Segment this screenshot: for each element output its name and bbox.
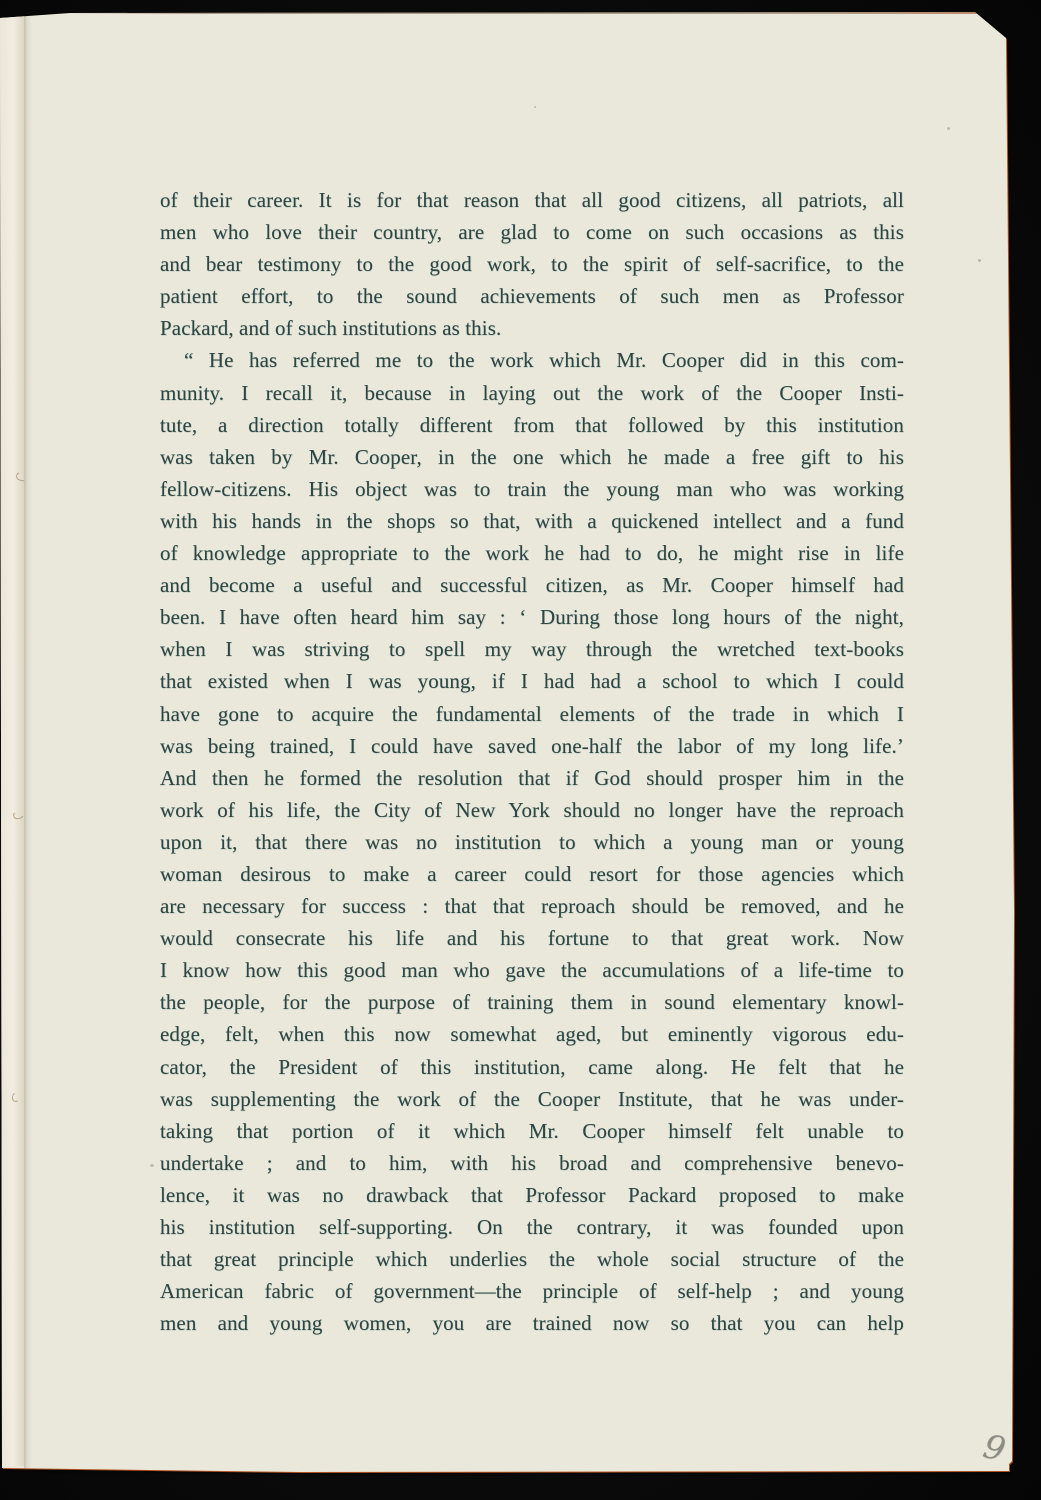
text-line: fellow-citizens. His object was to train… bbox=[160, 473, 904, 505]
paper-speck bbox=[150, 1164, 154, 1167]
text-line: was supplementing the work of the Cooper… bbox=[160, 1083, 904, 1115]
text-line: munity. I recall it, because in laying o… bbox=[160, 377, 904, 409]
text-line: and become a useful and successful citiz… bbox=[160, 569, 904, 601]
text-line: lence, it was no drawback that Professor… bbox=[160, 1179, 904, 1211]
text-line: American fabric of government—the princi… bbox=[160, 1275, 904, 1307]
paper-speck bbox=[978, 259, 981, 262]
text-line: would consecrate his life and his fortun… bbox=[160, 922, 904, 954]
page-edge-stain: of their career. It is for that reason t… bbox=[0, 0, 1041, 1500]
page-fold-edge bbox=[0, 12, 24, 1466]
text-line: was being trained, I could have saved on… bbox=[160, 730, 904, 762]
binding-crease bbox=[24, 12, 32, 1472]
text-line: of their career. It is for that reason t… bbox=[160, 184, 904, 216]
text-line: Packard, and of such institutions as thi… bbox=[160, 312, 904, 344]
text-line: was taken by Mr. Cooper, in the one whic… bbox=[160, 441, 904, 473]
text-line: are necessary for success : that that re… bbox=[160, 890, 904, 922]
paragraph: of their career. It is for that reason t… bbox=[160, 184, 904, 344]
text-line: and bear testimony to the good work, to … bbox=[160, 248, 904, 280]
text-line: with his hands in the shops so that, wit… bbox=[160, 505, 904, 537]
scan-background: of their career. It is for that reason t… bbox=[0, 0, 1041, 1500]
text-line: men and young women, you are trained now… bbox=[160, 1307, 904, 1339]
text-line: upon it, that there was no institution t… bbox=[160, 826, 904, 858]
paper-speck bbox=[947, 127, 950, 130]
text-line: patient effort, to the sound achievement… bbox=[160, 280, 904, 312]
text-line: that great principle which underlies the… bbox=[160, 1243, 904, 1275]
text-line: undertake ; and to him, with his broad a… bbox=[160, 1147, 904, 1179]
text-line: cator, the President of this institution… bbox=[160, 1051, 904, 1083]
page-top-edge bbox=[58, 12, 996, 14]
text-line: edge, felt, when this now somewhat aged,… bbox=[160, 1018, 904, 1050]
text-line: when I was striving to spell my way thro… bbox=[160, 633, 904, 665]
text-line: men who love their country, are glad to … bbox=[160, 216, 904, 248]
text-line: that existed when I was young, if I had … bbox=[160, 665, 904, 697]
text-line: been. I have often heard him say : ‘ Dur… bbox=[160, 601, 904, 633]
text-line: have gone to acquire the fundamental ele… bbox=[160, 698, 904, 730]
handwritten-page-number: 9 bbox=[980, 1426, 1010, 1469]
text-line: the people, for the purpose of training … bbox=[160, 986, 904, 1018]
text-line: work of his life, the City of New York s… bbox=[160, 794, 904, 826]
text-line: taking that portion of it which Mr. Coop… bbox=[160, 1115, 904, 1147]
text-line: woman desirous to make a career could re… bbox=[160, 858, 904, 890]
text-line: I know how this good man who gave the ac… bbox=[160, 954, 904, 986]
text-line: And then he formed the resolution that i… bbox=[160, 762, 904, 794]
book-page: of their career. It is for that reason t… bbox=[0, 12, 1026, 1472]
paragraph: “ He has referred me to the work which M… bbox=[160, 344, 904, 1339]
text-line: “ He has referred me to the work which M… bbox=[160, 344, 904, 376]
text-line: tute, a direction totally different from… bbox=[160, 409, 904, 441]
page-text: of their career. It is for that reason t… bbox=[160, 184, 904, 1339]
paper-speck bbox=[534, 106, 536, 108]
text-line: his institution self-supporting. On the … bbox=[160, 1211, 904, 1243]
text-line: of knowledge appropriate to the work he … bbox=[160, 537, 904, 569]
